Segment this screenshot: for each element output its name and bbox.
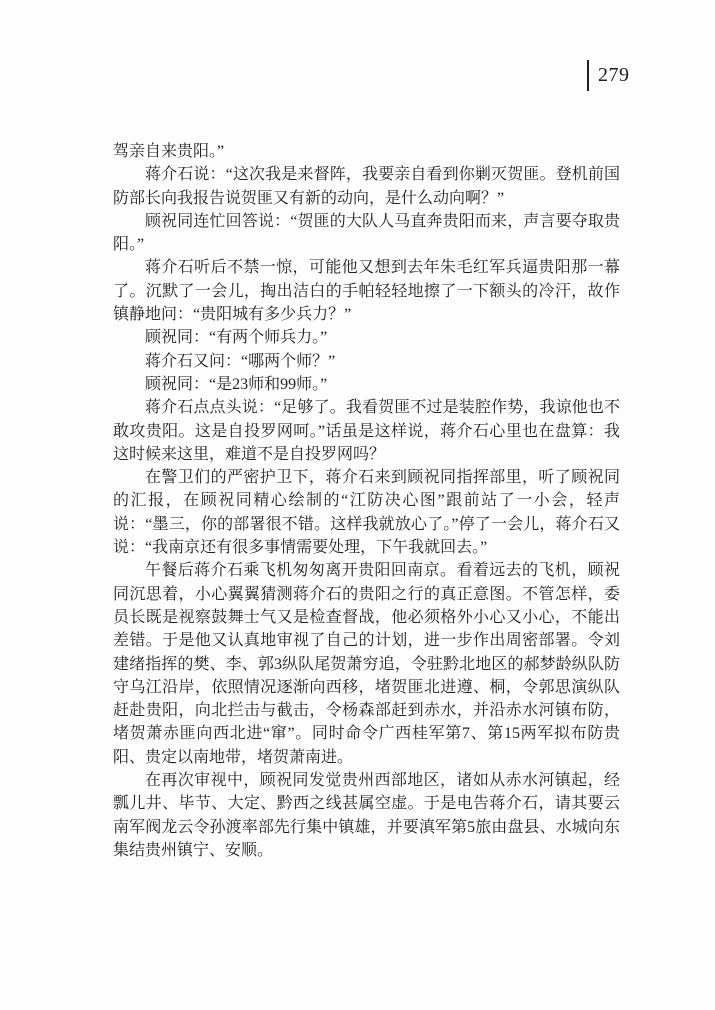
paragraph: 顾祝同连忙回答说：“贺匪的大队人马直奔贵阳而来，声言要夺取贵阳。” — [113, 210, 620, 257]
book-page: 279 驾亲自来贵阳。”蒋介石说：“这次我是来督阵，我要亲自看到你剿灭贺匪。登机… — [0, 0, 715, 1010]
paragraph: 驾亲自来贵阳。” — [113, 140, 620, 163]
page-number: 279 — [598, 60, 630, 91]
paragraph: 顾祝同：“是23师和99师。” — [113, 373, 620, 396]
paragraph: 在警卫们的严密护卫下，蒋介石来到顾祝同指挥部里，听了顾祝同的汇报，在顾祝同精心绘… — [113, 466, 620, 559]
body-text: 驾亲自来贵阳。”蒋介石说：“这次我是来督阵，我要亲自看到你剿灭贺匪。登机前国防部… — [113, 140, 620, 862]
paragraph: 蒋介石点点头说：“足够了。我看贺匪不过是装腔作势，我谅他也不敢攻贵阳。这是自投罗… — [113, 396, 620, 466]
paragraph: 午餐后蒋介石乘飞机匆匆离开贵阳回南京。看着远去的飞机，顾祝同沉思着，小心翼翼猜测… — [113, 559, 620, 769]
folio-divider — [587, 60, 589, 91]
page-header: 279 — [587, 60, 630, 91]
paragraph: 蒋介石听后不禁一惊，可能他又想到去年朱毛红军兵逼贵阳那一幕了。沉默了一会儿，掏出… — [113, 256, 620, 326]
paragraph: 在再次审视中，顾祝同发觉贵州西部地区，诸如从赤水河镇起，经瓢儿井、毕节、大定、黔… — [113, 769, 620, 862]
paragraph: 蒋介石说：“这次我是来督阵，我要亲自看到你剿灭贺匪。登机前国防部长向我报告说贺匪… — [113, 163, 620, 210]
paragraph: 蒋介石又问：“哪两个师？” — [113, 350, 620, 373]
paragraph: 顾祝同：“有两个师兵力。” — [113, 326, 620, 349]
